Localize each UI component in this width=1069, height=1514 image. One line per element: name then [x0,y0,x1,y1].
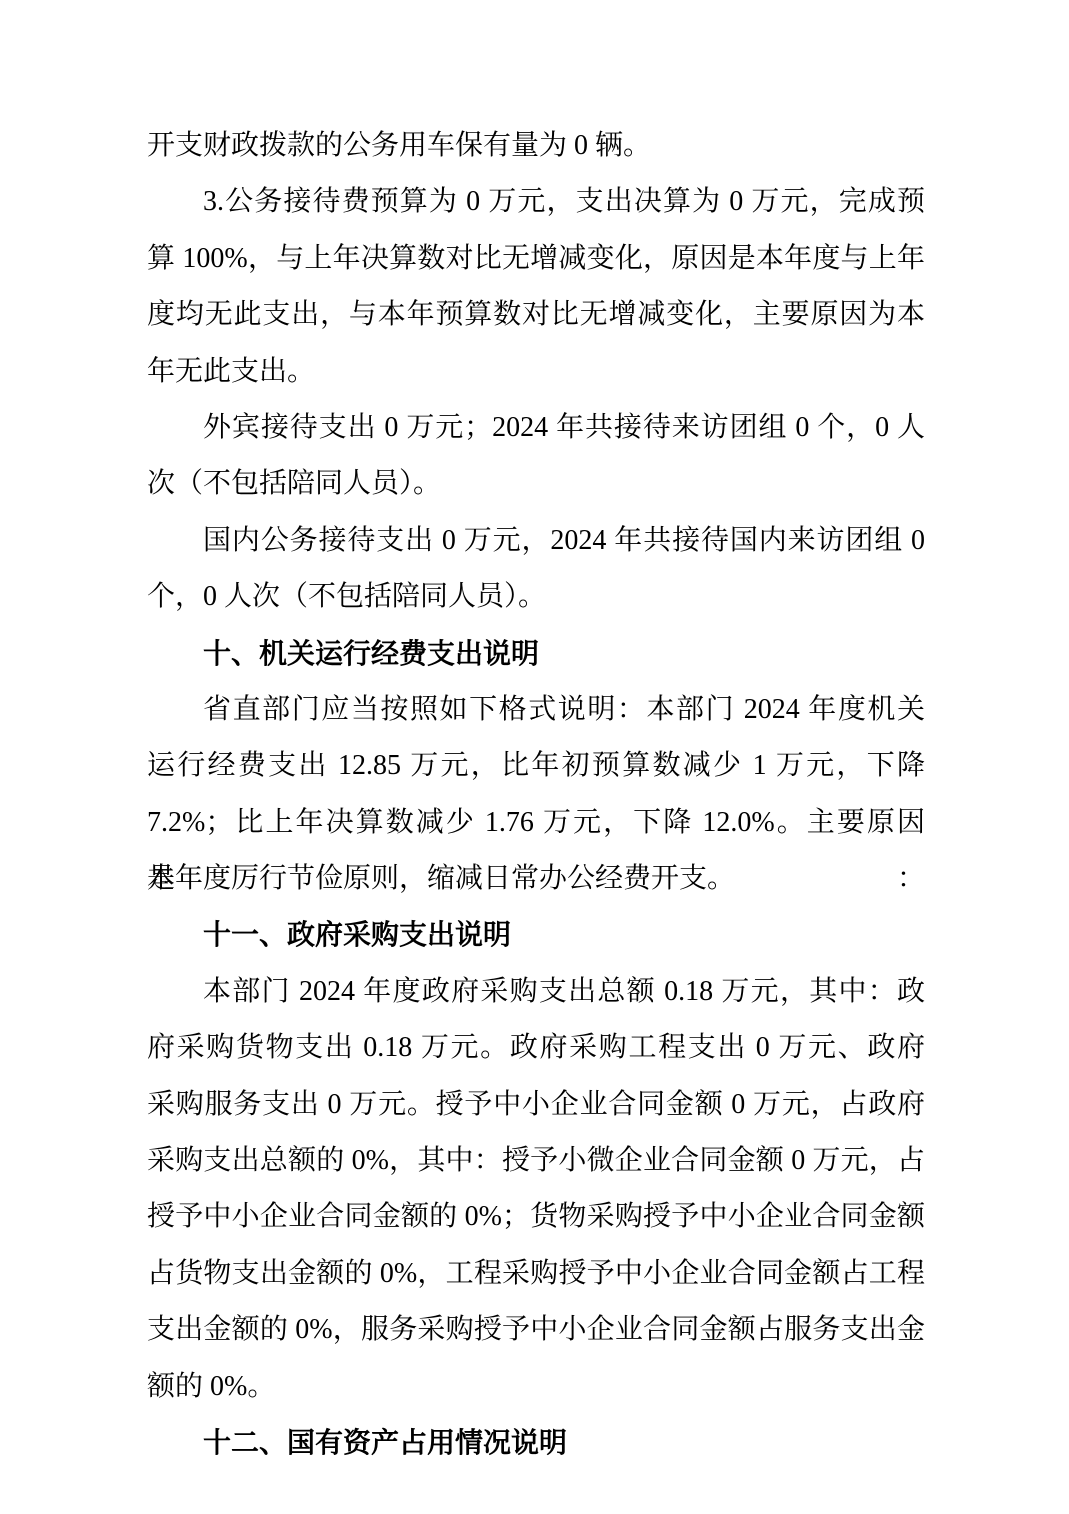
paragraph-line: 3.公务接待费预算为 0 万元，支出决算为 0 万元，完成预 [147,174,925,230]
paragraph-line: 授予中小企业合同金额的 0%；货物采购授予中小企业合同金额 [147,1189,925,1245]
paragraph-line: 采购服务支出 0 万元。授予中小企业合同金额 0 万元，占政府 [147,1077,925,1133]
paragraph-line: 支出金额的 0%，服务采购授予中小企业合同金额占服务支出金 [147,1302,925,1358]
paragraph-line: 省直部门应当按照如下格式说明：本部门 2024 年度机关 [147,682,925,738]
paragraph-line: 年无此支出。 [147,344,925,400]
paragraph-line: 占货物支出金额的 0%，工程采购授予中小企业合同金额占工程 [147,1246,925,1302]
paragraph-line: 额的 0%。 [147,1359,925,1415]
paragraph-line: 7.2%；比上年决算数减少 1.76 万元，下降 12.0%。主要原因是： [147,795,925,851]
page-text-content: 开支财政拨款的公务用车保有量为 0 辆。3.公务接待费预算为 0 万元，支出决算… [147,118,925,1471]
paragraph-line: 次（不包括陪同人员）。 [147,456,925,512]
paragraph-line: 府采购货物支出 0.18 万元。政府采购工程支出 0 万元、政府 [147,1020,925,1076]
document-page: 开支财政拨款的公务用车保有量为 0 辆。3.公务接待费预算为 0 万元，支出决算… [0,0,1069,1514]
paragraph-line: 算 100%，与上年决算数对比无增减变化，原因是本年度与上年 [147,231,925,287]
paragraph-line: 开支财政拨款的公务用车保有量为 0 辆。 [147,118,925,174]
paragraph-line: 运行经费支出 12.85 万元，比年初预算数减少 1 万元，下降 [147,738,925,794]
paragraph-line: 本部门 2024 年度政府采购支出总额 0.18 万元，其中：政 [147,964,925,1020]
paragraph-line: 国内公务接待支出 0 万元，2024 年共接待国内来访团组 0 [147,513,925,569]
paragraph-line: 外宾接待支出 0 万元；2024 年共接待来访团组 0 个，0 人 [147,400,925,456]
paragraph-line: 个，0 人次（不包括陪同人员）。 [147,569,925,625]
section-heading: 十、机关运行经费支出说明 [147,626,925,682]
section-heading: 十二、国有资产占用情况说明 [147,1415,925,1471]
paragraph-line: 度均无此支出，与本年预算数对比无增减变化，主要原因为本 [147,287,925,343]
section-heading: 十一、政府采购支出说明 [147,907,925,963]
paragraph-line: 采购支出总额的 0%，其中：授予小微企业合同金额 0 万元，占 [147,1133,925,1189]
